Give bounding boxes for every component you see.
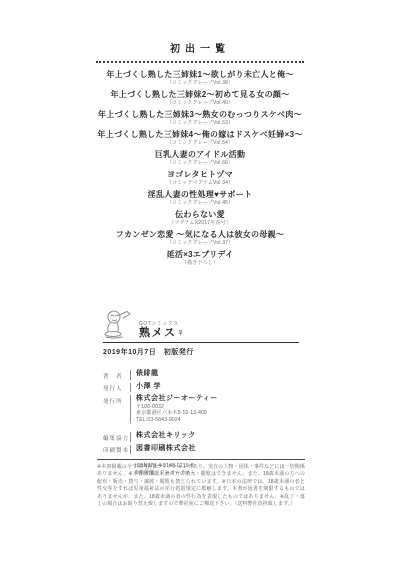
credit-row-publisher-person: 発行人 小澤 学 xyxy=(103,383,299,393)
list-item: 年上づくし熟した三姉妹4～俺の嫁はドスケベ妊婦×3～ （コミックグレープVol.… xyxy=(0,130,400,146)
list-item: 年上づくし熟した三姉妹2～初めて見る女の顔～ （コミックグレープVol.40） xyxy=(0,90,400,106)
publisher-name: 株式会社ジーオーティー xyxy=(136,395,218,404)
work-title: 伝わらない愛 xyxy=(0,210,400,220)
work-title: フカンゼン恋愛 ～気になる人は彼女の母親～ xyxy=(0,230,400,240)
credit-row-publisher: 発行所 株式会社ジーオーティー 〒106-0032 東京都港区六本木5-16-1… xyxy=(103,395,299,423)
work-title: 巨乳人妻のアイドル活動 xyxy=(0,150,400,160)
work-title: 年上づくし熟した三姉妹4～俺の嫁はドスケベ妊婦×3～ xyxy=(0,130,400,140)
author-doodle-illustration xyxy=(103,308,135,340)
work-title: ヨゴレタヒトヅマ xyxy=(0,170,400,180)
printing-company: 図書印刷株式会社 xyxy=(136,445,196,454)
colophon-header: GOTコミックス 熟メス♀ xyxy=(103,308,299,343)
list-item: ヨゴレタヒトヅマ （コミックマグナムVol.34） xyxy=(0,170,400,186)
book-title: 熟メス♀ xyxy=(139,327,186,340)
credit-label: 発行所 xyxy=(103,395,130,423)
editing-company: 株式会社キリック xyxy=(136,432,196,441)
legal-disclaimer: ※本書掲載の全ての内容はフィクションであり、実在の人物・団体・事件などには一切関… xyxy=(97,464,305,508)
credits-table: 著 者 俵緋龍 発行人 小澤 学 発行所 株式会社ジーオーティー 〒106-00… xyxy=(103,370,299,454)
publisher-person-name: 小澤 学 xyxy=(136,383,161,392)
work-source: （コミックグレープVol.53） xyxy=(0,120,400,126)
author-name: 俵緋龍 xyxy=(136,370,159,379)
work-source: （コミックマグナムVol.34） xyxy=(0,180,400,186)
work-title: 淫乱人妻の性処理♥サポート xyxy=(0,190,400,200)
list-item: 年上づくし熟した三姉妹3～熟女のむっつりスケベ肉～ （コミックグレープVol.5… xyxy=(0,110,400,126)
credit-row-printing: 印刷製本 図書印刷株式会社 xyxy=(103,445,299,455)
work-title: 年上づくし熟した三姉妹3～熟女のむっつりスケベ肉～ xyxy=(0,110,400,120)
edition-date: 2019年10月7日 初版発行 xyxy=(103,347,299,357)
work-source: （コミックグレープVol.66） xyxy=(0,160,400,166)
credit-row-author: 著 者 俵緋龍 xyxy=(103,370,299,380)
work-title: 延活×3エブリデイ xyxy=(0,250,400,260)
colophon-page: 初出一覧 年上づくし熟した三姉妹1～欲しがり未亡人と俺～ （コミックグレープVo… xyxy=(0,0,400,568)
credit-row-editing: 編集協力 株式会社キリック xyxy=(103,432,299,442)
list-item: 巨乳人妻のアイドル活動 （コミックグレープVol.66） xyxy=(0,150,400,166)
credit-label: 発行人 xyxy=(103,383,130,393)
work-source: （コミックグレープVol.40） xyxy=(0,100,400,106)
work-source: （マグナムX2017年春号） xyxy=(0,220,400,226)
work-source: （描き下ろし） xyxy=(0,260,400,266)
list-item: 延活×3エブリデイ （描き下ろし） xyxy=(0,250,400,266)
work-source: （コミックグレープVol.38） xyxy=(0,80,400,86)
list-item: 伝わらない愛 （マグナムX2017年春号） xyxy=(0,210,400,226)
work-source: （コミックグレープVol.37） xyxy=(0,240,400,246)
first-publication-section: 初出一覧 年上づくし熟した三姉妹1～欲しがり未亡人と俺～ （コミックグレープVo… xyxy=(0,40,400,270)
list-item: 年上づくし熟した三姉妹1～欲しがり未亡人と俺～ （コミックグレープVol.38） xyxy=(0,70,400,86)
work-source: （コミックグレープVol.45） xyxy=(0,200,400,206)
work-title: 年上づくし熟した三姉妹2～初めて見る女の顔～ xyxy=(0,90,400,100)
list-item: 淫乱人妻の性処理♥サポート （コミックグレープVol.45） xyxy=(0,190,400,206)
work-title: 年上づくし熟した三姉妹1～欲しがり未亡人と俺～ xyxy=(0,70,400,80)
publisher-phone: TEL:03-5843-9024 xyxy=(136,417,218,424)
dotted-divider xyxy=(96,61,304,63)
publisher-address: 東京都港区六本木5-16-13-409 xyxy=(136,410,218,417)
colophon-block: GOTコミックス 熟メス♀ 2019年10月7日 初版発行 著 者 俵緋龍 発行… xyxy=(103,308,299,476)
legal-divider xyxy=(97,459,305,460)
credit-label: 印刷製本 xyxy=(103,445,130,455)
work-source: （コミックグレープVol.54） xyxy=(0,140,400,146)
credit-label: 編集協力 xyxy=(103,432,130,442)
list-item: フカンゼン恋愛 ～気になる人は彼女の母親～ （コミックグレープVol.37） xyxy=(0,230,400,246)
section-title: 初出一覧 xyxy=(0,40,400,55)
title-group: GOTコミックス 熟メス♀ xyxy=(139,321,186,340)
credit-label: 著 者 xyxy=(103,370,130,380)
legal-section: ※本書掲載の全ての内容はフィクションであり、実在の人物・団体・事件などには一切関… xyxy=(97,459,305,508)
